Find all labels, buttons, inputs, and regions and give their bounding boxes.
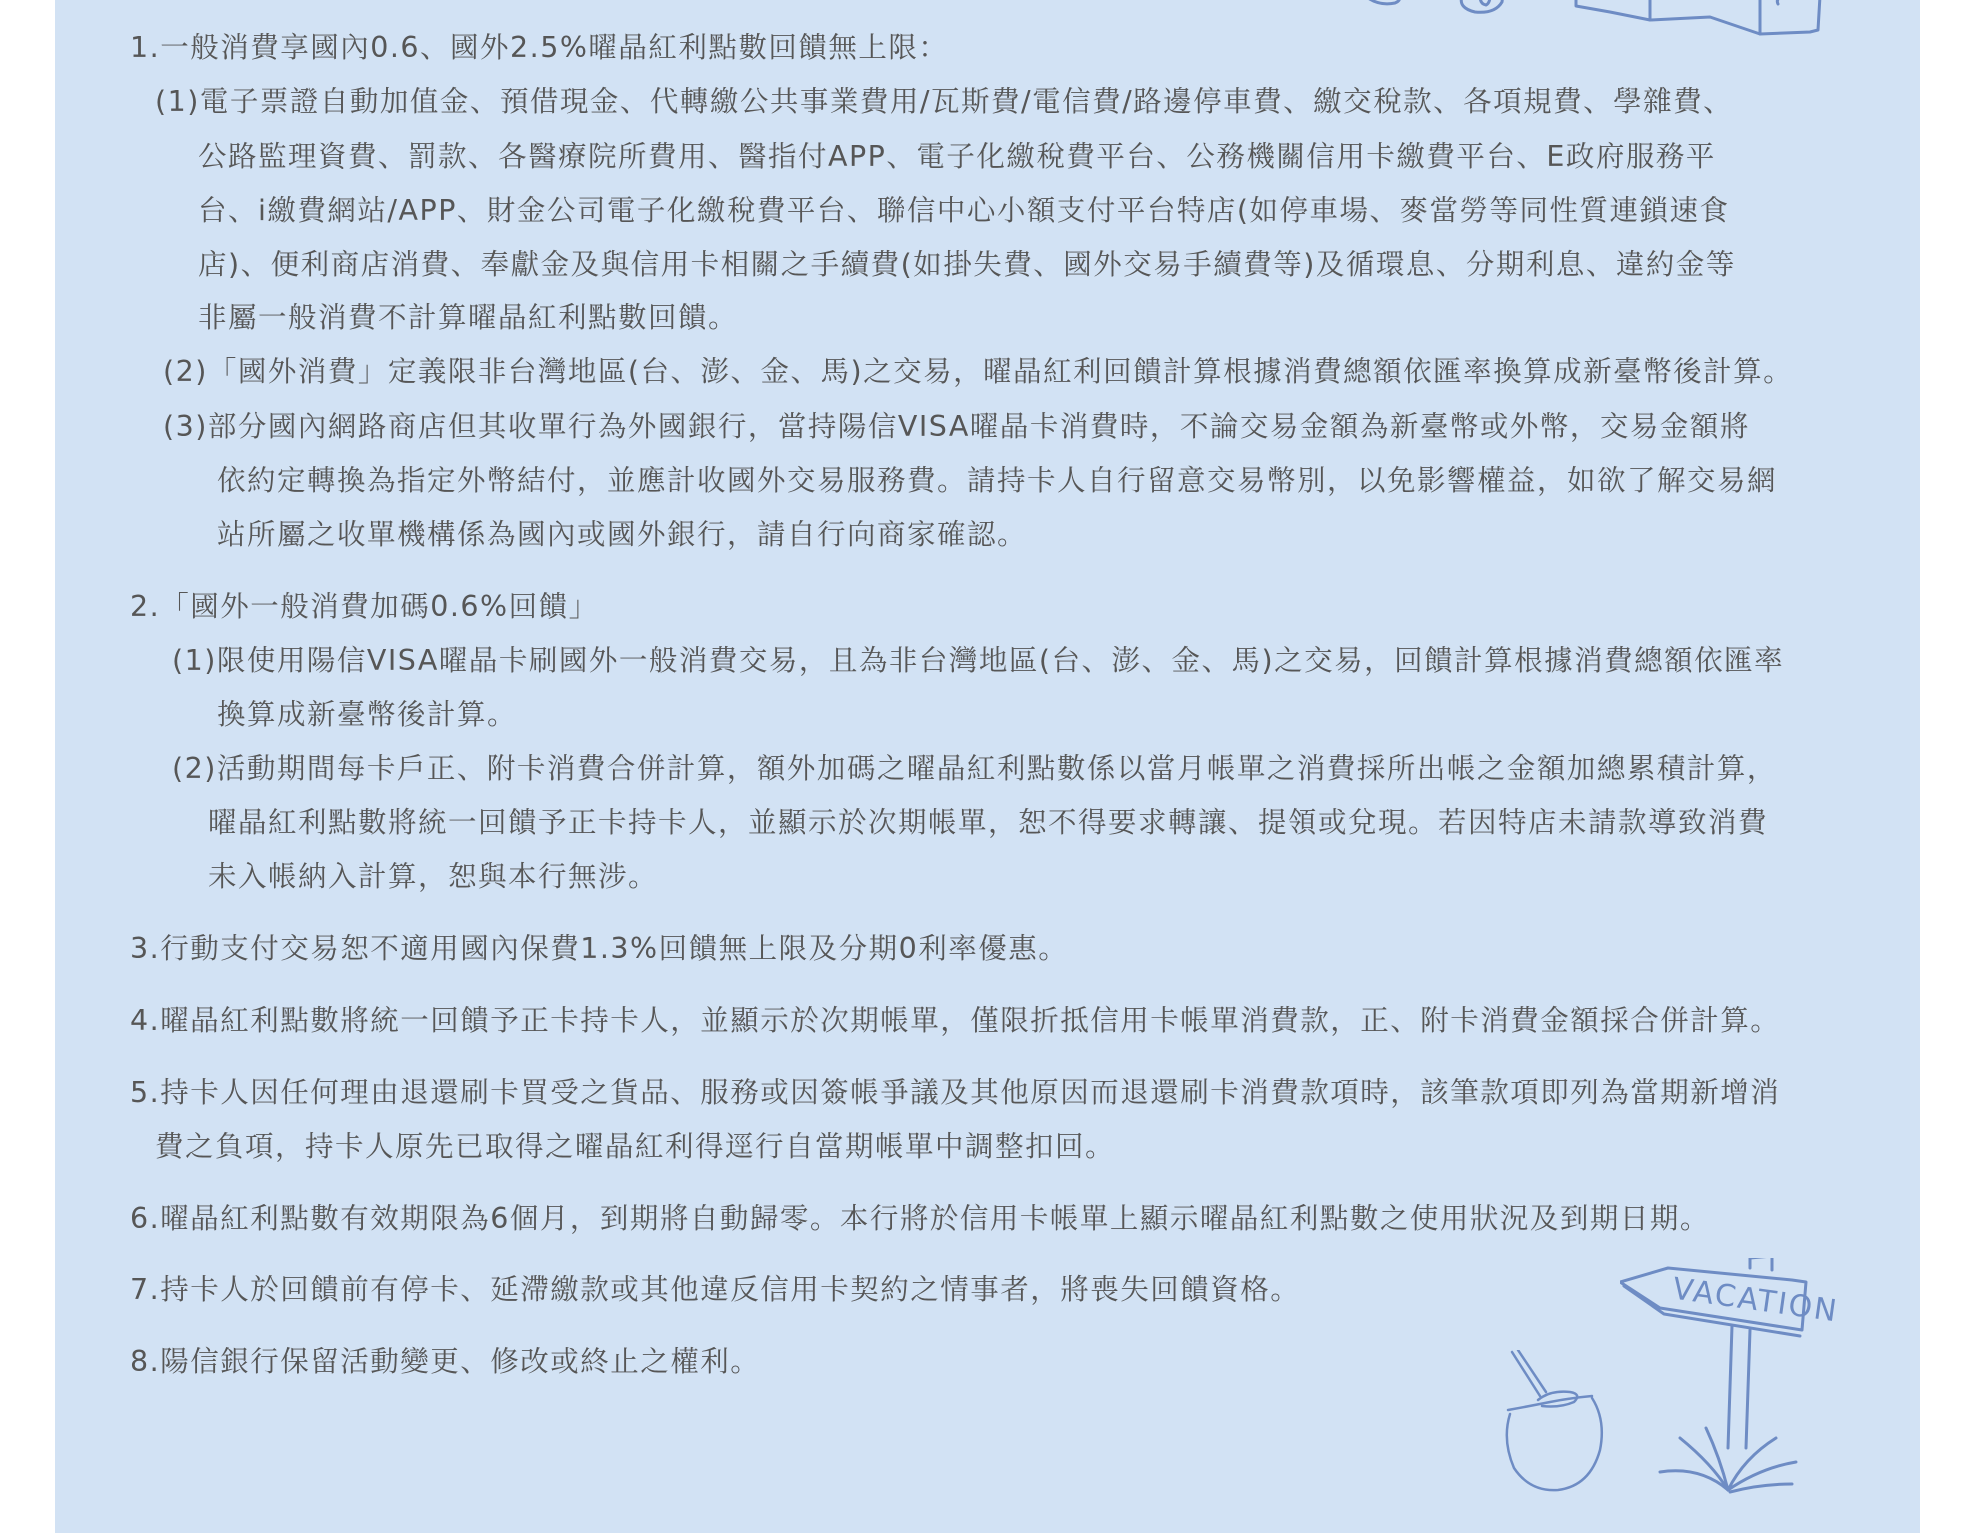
term-item-1-sub1-line: 非屬一般消費不計算曜晶紅利點數回饋。: [198, 298, 738, 338]
term-item-1-heading: 1.一般消費享國內0.6、國外2.5%曜晶紅利點數回饋無上限：: [130, 28, 948, 68]
term-item-7: 7.持卡人於回饋前有停卡、延滯繳款或其他違反信用卡契約之情事者，將喪失回饋資格。: [130, 1270, 1300, 1310]
term-item-1-sub1-line: 店)、便利商店消費、奉獻金及與信用卡相關之手續費(如掛失費、國外交易手續費等)及…: [198, 245, 1736, 285]
term-item-2-sub2-line: 曜晶紅利點數將統一回饋予正卡持卡人，並顯示於次期帳單，恕不得要求轉讓、提領或兌現…: [208, 803, 1768, 843]
term-item-2-sub2-line: (2)活動期間每卡戶正、附卡消費合併計算，額外加碼之曜晶紅利點數係以當月帳單之消…: [172, 749, 1777, 789]
term-item-2-heading: 2.「國外一般消費加碼0.6%回饋」: [130, 587, 599, 627]
vacation-signpost-icon: VACATION: [1620, 1258, 1880, 1503]
term-item-2-sub1-line: 換算成新臺幣後計算。: [217, 695, 517, 735]
term-item-3: 3.行動支付交易恕不適用國內保費1.3%回饋無上限及分期0利率優惠。: [130, 929, 1068, 969]
term-item-5-line: 5.持卡人因任何理由退還刷卡買受之貨品、服務或因簽帳爭議及其他原因而退還刷卡消費…: [130, 1073, 1780, 1113]
term-item-1-sub3-line: (3)部分國內網路商店但其收單行為外國銀行，當持陽信VISA曜晶卡消費時，不論交…: [163, 407, 1750, 447]
term-item-1-sub2: (2)「國外消費」定義限非台灣地區(台、澎、金、馬)之交易，曜晶紅利回饋計算根據…: [163, 352, 1793, 392]
term-item-8: 8.陽信銀行保留活動變更、修改或終止之權利。: [130, 1342, 760, 1382]
term-item-1-sub3-line: 站所屬之收單機構係為國內或國外銀行，請自行向商家確認。: [217, 515, 1027, 555]
term-item-1-sub3-line: 依約定轉換為指定外幣結付，並應計收國外交易服務費。請持卡人自行留意交易幣別，以免…: [217, 461, 1777, 501]
term-item-2-sub2-line: 未入帳納入計算，恕與本行無涉。: [208, 857, 658, 897]
vacation-sign-text: VACATION: [1670, 1272, 1840, 1330]
term-item-1-sub1-line: 台、i繳費網站/APP、財金公司電子化繳稅費平台、聯信中心小額支付平台特店(如停…: [198, 191, 1730, 231]
term-item-2-sub1-line: (1)限使用陽信VISA曜晶卡刷國外一般消費交易，且為非台灣地區(台、澎、金、馬…: [172, 641, 1784, 681]
term-item-1-sub1-line: (1)電子票證自動加值金、預借現金、代轉繳公共事業費用/瓦斯費/電信費/路邊停車…: [155, 82, 1733, 122]
term-item-5-line: 費之負項，持卡人原先已取得之曜晶紅利得逕行自當期帳單中調整扣回。: [155, 1127, 1115, 1167]
coconut-drink-icon: [1500, 1350, 1630, 1500]
travel-items-icon: [1340, 0, 1850, 45]
term-item-1-sub1-line: 公路監理資費、罰款、各醫療院所費用、醫指付APP、電子化繳稅費平台、公務機關信用…: [198, 137, 1716, 177]
term-item-4: 4.曜晶紅利點數將統一回饋予正卡持卡人，並顯示於次期帳單，僅限折抵信用卡帳單消費…: [130, 1001, 1780, 1041]
term-item-6: 6.曜晶紅利點數有效期限為6個月，到期將自動歸零。本行將於信用卡帳單上顯示曜晶紅…: [130, 1199, 1710, 1239]
